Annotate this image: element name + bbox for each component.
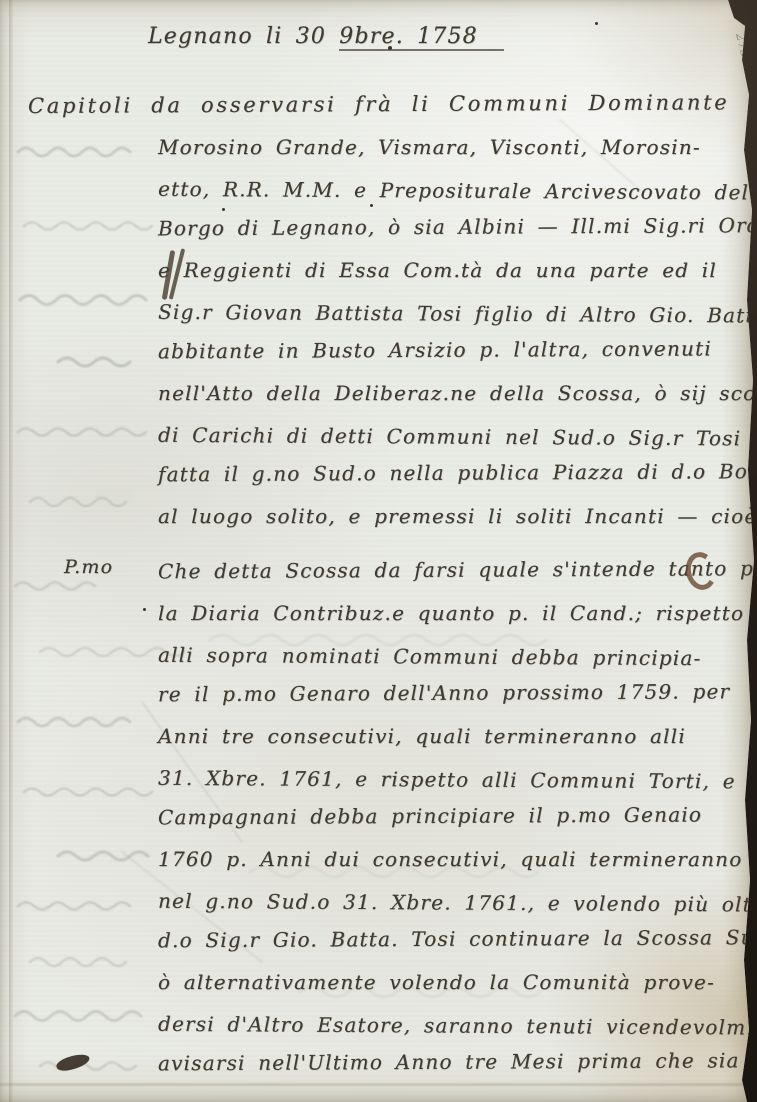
manuscript-line: fatta il g.no Sud.o nella publica Piazza… [28,451,757,496]
manuscript-line: Anni tre consecutivi, quali termineranno… [28,716,757,757]
folio-page-number: 273 [732,32,753,60]
dateline-heading: Legnano li 30 9bre. 1758 [148,24,504,49]
manuscript-line: nell'Atto della Deliberaz.ne della Scoss… [28,373,757,414]
dateline-place: Legnano li 30 [148,24,326,49]
handwriting-layer: Legnano li 30 9bre. 1758 273 Capitoli da… [0,0,757,1102]
manuscript-line: 1760 p. Anni dui consecutivi, quali term… [28,839,757,880]
manuscript-line: ò alternativamente volendo la Comunità p… [28,962,757,1003]
intro-paragraph: Capitoli da osservarsi frà li Communi Do… [28,86,757,537]
manuscript-line: la Diaria Contribuz.e quanto p. il Cand.… [28,593,757,634]
manuscript-line: Che detta Scossa da farsi quale s'intend… [28,548,757,593]
dateline-date-underlined: 9bre. 1758 [339,24,504,51]
manuscript-line: e Reggienti di Essa Com.tà da una parte … [28,250,757,291]
manuscript-line: d.o Sig.r Gio. Batta. Tosi continuare la… [28,917,757,962]
article-paragraph: Che detta Scossa da farsi quale s'intend… [28,552,757,1085]
manuscript-line: avisarsi nell'Ultimo Anno tre Mesi prima… [28,1040,757,1085]
paper-sheet: Legnano li 30 9bre. 1758 273 Capitoli da… [0,0,757,1102]
manuscript-line: al luogo solito, e premessi li soliti In… [28,496,757,537]
manuscript-scan: Legnano li 30 9bre. 1758 273 Capitoli da… [0,0,757,1102]
manuscript-line: abbitante in Busto Arsizio p. l'altra, c… [28,328,757,373]
manuscript-line: re il p.mo Genaro dell'Anno prossimo 175… [28,671,757,716]
manuscript-line: Capitoli da osservarsi frà li Communi Do… [28,82,757,127]
manuscript-line: Morosino Grande, Vismara, Visconti, Moro… [28,127,757,168]
manuscript-line: Campagnani debba principiare il p.mo Gen… [28,794,757,839]
manuscript-line: Borgo di Legnano, ò sia Albini — Ill.mi … [28,205,757,250]
